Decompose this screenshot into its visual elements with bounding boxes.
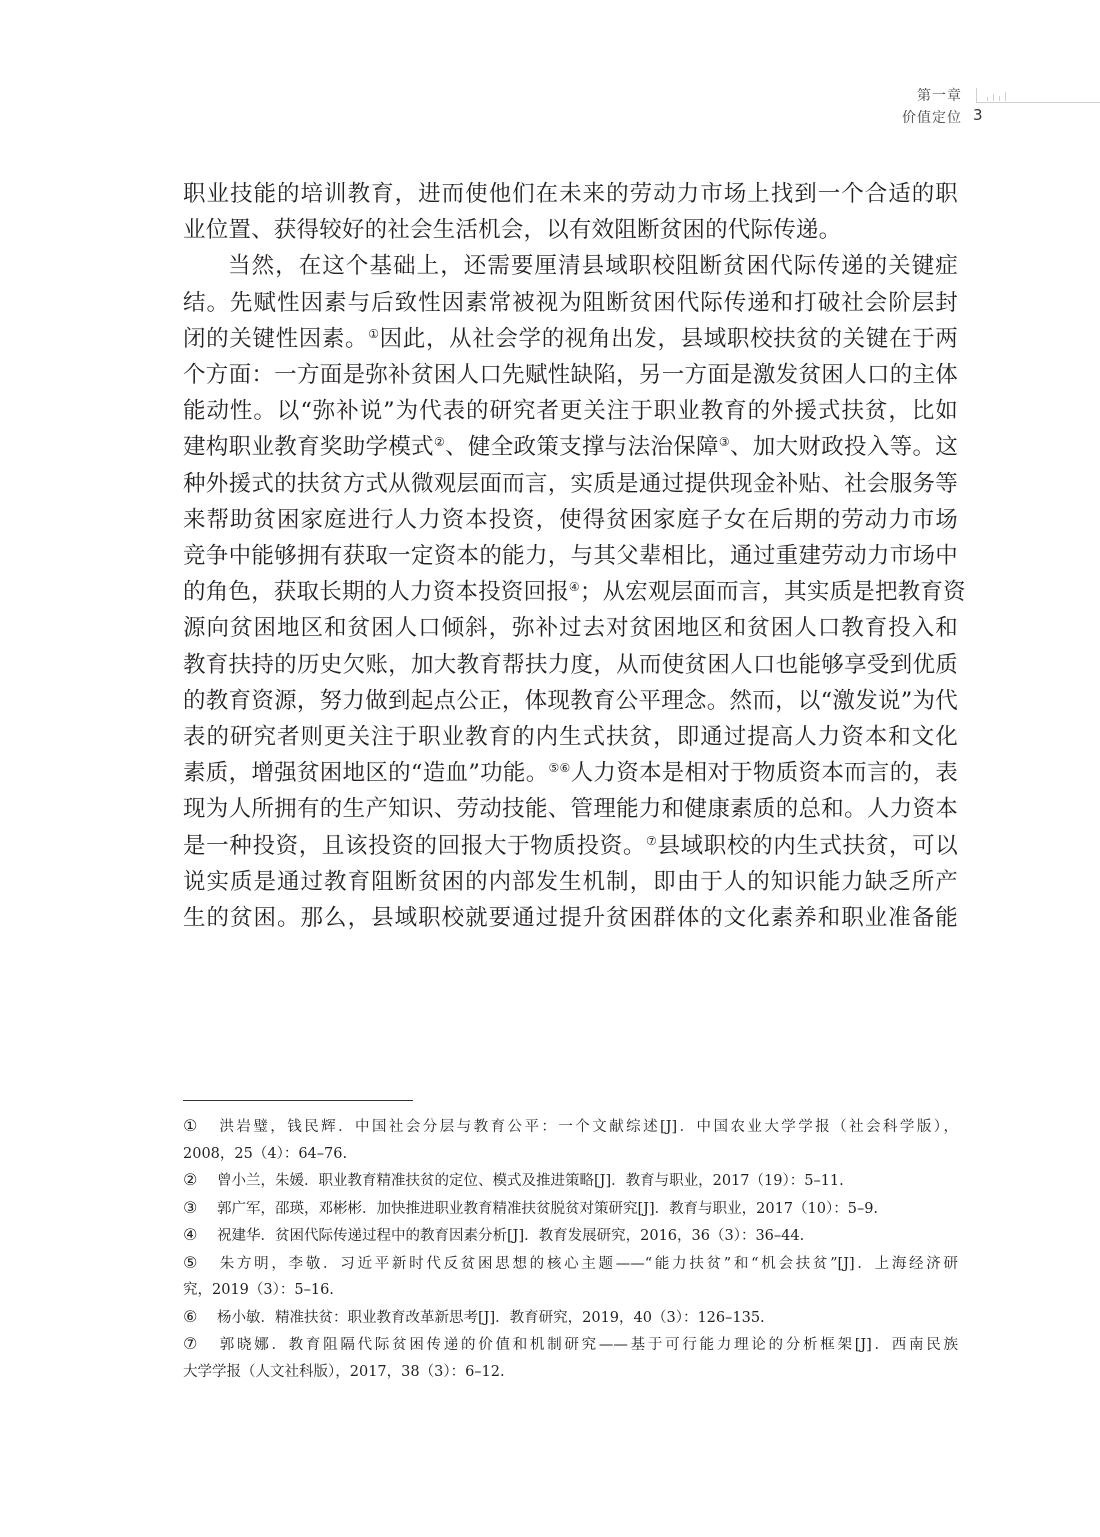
text-line: 当然，在这个基础上，还需要厘清县域职校阻断贫困代际传递的关键症 bbox=[183, 248, 958, 284]
footnote-line: ④祝建华．贫困代际传递过程中的教育因素分析[J]．教育发展研究，2016，36（… bbox=[183, 1222, 958, 1250]
footnote-text: 祝建华．贫困代际传递过程中的教育因素分析[J]．教育发展研究，2016，36（3… bbox=[217, 1228, 804, 1244]
text-line: 建构职业教育奖助学模式②、健全政策支撑与法治保障③、加大财政投入等。这 bbox=[183, 429, 958, 465]
footnote-3: ③郭广军，邵瑛，邓彬彬．加快推进职业教育精准扶贫脱贫对策研究[J]．教育与职业，… bbox=[183, 1195, 958, 1223]
text-line: 教育扶持的历史欠账，加大教育帮扶力度，从而使贫困人口也能够享受到优质 bbox=[183, 647, 958, 683]
chapter-label: 第一章 bbox=[917, 85, 962, 105]
footnote-line: 2008，25（4）：64–76. bbox=[183, 1141, 958, 1168]
footnote-mark: ② bbox=[183, 1167, 217, 1194]
header-ornament-icon bbox=[976, 88, 1100, 103]
body-text: 职业技能的培训教育，进而使他们在未来的劳动力市场上找到一个合适的职 业位置、获得… bbox=[183, 176, 958, 936]
text-line: 素质，增强贫困地区的“造血”功能。⑤⑥人力资本是相对于物质资本而言的，表 bbox=[183, 755, 958, 791]
paragraph-1: 职业技能的培训教育，进而使他们在未来的劳动力市场上找到一个合适的职 业位置、获得… bbox=[183, 176, 958, 248]
text-line: 能动性。以“弥补说”为代表的研究者更关注于职业教育的外援式扶贫，比如 bbox=[183, 393, 958, 429]
page-number: 3 bbox=[973, 106, 983, 124]
text-line: 竞争中能够拥有获取一定资本的能力，与其父辈相比，通过重建劳动力市场中 bbox=[183, 538, 958, 574]
text-line: 说实质是通过教育阻断贫困的内部发生机制，即由于人的知识能力缺乏所产 bbox=[183, 864, 958, 900]
text-line: 个方面：一方面是弥补贫困人口先赋性缺陷，另一方面是激发贫困人口的主体 bbox=[183, 357, 958, 393]
footnote-1: ①洪岩璧，钱民辉．中国社会分层与教育公平：一个文献综述[J]．中国农业大学学报（… bbox=[183, 1113, 958, 1167]
text-run: ；从宏观层面而言，其实质是把教育资 bbox=[580, 579, 966, 605]
text-line: 生的贫困。那么，县域职校就要通过提升贫困群体的文化素养和职业准备能 bbox=[183, 900, 958, 936]
footnote-5: ⑤朱方明，李敬．习近平新时代反贫困思想的核心主题——“能力扶贫”和“机会扶贫”[… bbox=[183, 1250, 958, 1304]
footnote-text: 洪岩璧，钱民辉．中国社会分层与教育公平：一个文献综述[J]．中国农业大学学报（社… bbox=[217, 1119, 958, 1135]
text-line: 业位置、获得较好的社会生活机会，以有效阻断贫困的代际传递。 bbox=[183, 212, 958, 248]
ornament-bar bbox=[1005, 92, 1006, 101]
running-header: 第一章 价值定位 3 bbox=[860, 82, 1100, 132]
text-run: 、加大财政投入等。这 bbox=[730, 434, 958, 460]
ornament-bar bbox=[987, 97, 988, 101]
ornament-bar bbox=[999, 96, 1000, 101]
footnote-line: 究，2019（3）：5–16. bbox=[183, 1277, 958, 1304]
text-run: 的角色，获取长期的人力资本投资回报 bbox=[183, 579, 569, 605]
footnote-text: 郭晓娜．教育阻隔代际贫困传递的价值和机制研究——基于可行能力理论的分析框架[J]… bbox=[217, 1337, 958, 1353]
footnote-ref-4[interactable]: ④ bbox=[569, 580, 580, 594]
text-line: 的教育资源，努力做到起点公正，体现教育公平理念。然而，以“激发说”为代 bbox=[183, 683, 958, 719]
text-line: 源向贫困地区和贫困人口倾斜，弥补过去对贫困地区和贫困人口教育投入和 bbox=[183, 610, 958, 646]
footnote-line: ②曾小兰，朱媛．职业教育精准扶贫的定位、模式及推进策略[J]．教育与职业，201… bbox=[183, 1167, 958, 1195]
footnote-7: ⑦郭晓娜．教育阻隔代际贫困传递的价值和机制研究——基于可行能力理论的分析框架[J… bbox=[183, 1331, 958, 1385]
footnote-line: ⑦郭晓娜．教育阻隔代际贫困传递的价值和机制研究——基于可行能力理论的分析框架[J… bbox=[183, 1331, 958, 1359]
text-line: 结。先赋性因素与后致性因素常被视为阻断贫困代际传递和打破社会阶层封 bbox=[183, 285, 958, 321]
text-line: 表的研究者则更关注于职业教育的内生式扶贫，即通过提高人力资本和文化 bbox=[183, 719, 958, 755]
footnote-4: ④祝建华．贫困代际传递过程中的教育因素分析[J]．教育发展研究，2016，36（… bbox=[183, 1222, 958, 1250]
footnote-mark: ⑤ bbox=[183, 1250, 217, 1277]
text-run: 素质，增强贫困地区的“造血”功能。 bbox=[183, 760, 549, 786]
text-line: 闭的关键性因素。①因此，从社会学的视角出发，县域职校扶贫的关键在于两 bbox=[183, 321, 958, 357]
footnote-line: 大学学报（人文社科版），2017，38（3）：6–12. bbox=[183, 1359, 958, 1386]
footnote-line: ③郭广军，邵瑛，邓彬彬．加快推进职业教育精准扶贫脱贫对策研究[J]．教育与职业，… bbox=[183, 1195, 958, 1223]
text-run: 闭的关键性因素。 bbox=[183, 326, 368, 352]
footnote-mark: ④ bbox=[183, 1222, 217, 1249]
footnote-ref-1[interactable]: ① bbox=[368, 327, 379, 341]
footnote-text: 曾小兰，朱媛．职业教育精准扶贫的定位、模式及推进策略[J]．教育与职业，2017… bbox=[217, 1173, 844, 1189]
text-line: 的角色，获取长期的人力资本投资回报④；从宏观层面而言，其实质是把教育资 bbox=[183, 574, 958, 610]
footnote-ref-5-6[interactable]: ⑤⑥ bbox=[549, 761, 571, 775]
footnote-divider bbox=[183, 1100, 413, 1101]
text-run: 因此，从社会学的视角出发，县域职校扶贫的关键在于两 bbox=[380, 326, 958, 352]
text-line: 种外援式的扶贫方式从微观层面而言，实质是通过提供现金补贴、社会服务等 bbox=[183, 466, 958, 502]
footnote-line: ⑥杨小敏．精准扶贫：职业教育改革新思考[J]．教育研究，2019，40（3）：1… bbox=[183, 1304, 958, 1332]
footnote-mark: ① bbox=[183, 1113, 217, 1140]
footnote-line: ①洪岩璧，钱民辉．中国社会分层与教育公平：一个文献综述[J]．中国农业大学学报（… bbox=[183, 1113, 958, 1141]
text-run: 人力资本是相对于物质资本而言的，表 bbox=[571, 760, 958, 786]
footnote-ref-7[interactable]: ⑦ bbox=[646, 834, 657, 848]
text-line: 来帮助贫困家庭进行人力资本投资，使得贫困家庭子女在后期的劳动力市场 bbox=[183, 502, 958, 538]
ornament-bar bbox=[993, 94, 994, 101]
text-run: 是一种投资，且该投资的回报大于物质投资。 bbox=[183, 833, 646, 859]
footnote-mark: ⑥ bbox=[183, 1304, 217, 1331]
footnotes: ①洪岩璧，钱民辉．中国社会分层与教育公平：一个文献综述[J]．中国农业大学学报（… bbox=[183, 1113, 958, 1385]
text-run: 县域职校的内生式扶贫，可以 bbox=[657, 833, 958, 859]
text-line: 职业技能的培训教育，进而使他们在未来的劳动力市场上找到一个合适的职 bbox=[183, 176, 958, 212]
footnote-text: 杨小敏．精准扶贫：职业教育改革新思考[J]．教育研究，2019，40（3）：12… bbox=[217, 1310, 765, 1326]
footnote-ref-3[interactable]: ③ bbox=[719, 435, 730, 449]
text-line: 现为人所拥有的生产知识、劳动技能、管理能力和健康素质的总和。人力资本 bbox=[183, 791, 958, 827]
footnote-2: ②曾小兰，朱媛．职业教育精准扶贫的定位、模式及推进策略[J]．教育与职业，201… bbox=[183, 1167, 958, 1195]
footnote-text: 朱方明，李敬．习近平新时代反贫困思想的核心主题——“能力扶贫”和“机会扶贫”[J… bbox=[217, 1256, 958, 1272]
text-line: 是一种投资，且该投资的回报大于物质投资。⑦县域职校的内生式扶贫，可以 bbox=[183, 828, 958, 864]
footnote-mark: ⑦ bbox=[183, 1331, 217, 1358]
footnote-mark: ③ bbox=[183, 1195, 217, 1222]
text-run: 建构职业教育奖助学模式 bbox=[183, 434, 434, 460]
footnote-line: ⑤朱方明，李敬．习近平新时代反贫困思想的核心主题——“能力扶贫”和“机会扶贫”[… bbox=[183, 1250, 958, 1278]
footnote-ref-2[interactable]: ② bbox=[434, 435, 445, 449]
footnote-text: 郭广军，邵瑛，邓彬彬．加快推进职业教育精准扶贫脱贫对策研究[J]．教育与职业，2… bbox=[217, 1201, 878, 1217]
footnote-6: ⑥杨小敏．精准扶贫：职业教育改革新思考[J]．教育研究，2019，40（3）：1… bbox=[183, 1304, 958, 1332]
paragraph-2: 当然，在这个基础上，还需要厘清县域职校阻断贫困代际传递的关键症 结。先赋性因素与… bbox=[183, 248, 958, 936]
section-label: 价值定位 bbox=[902, 107, 962, 127]
text-run: 、健全政策支撑与法治保障 bbox=[445, 434, 719, 460]
